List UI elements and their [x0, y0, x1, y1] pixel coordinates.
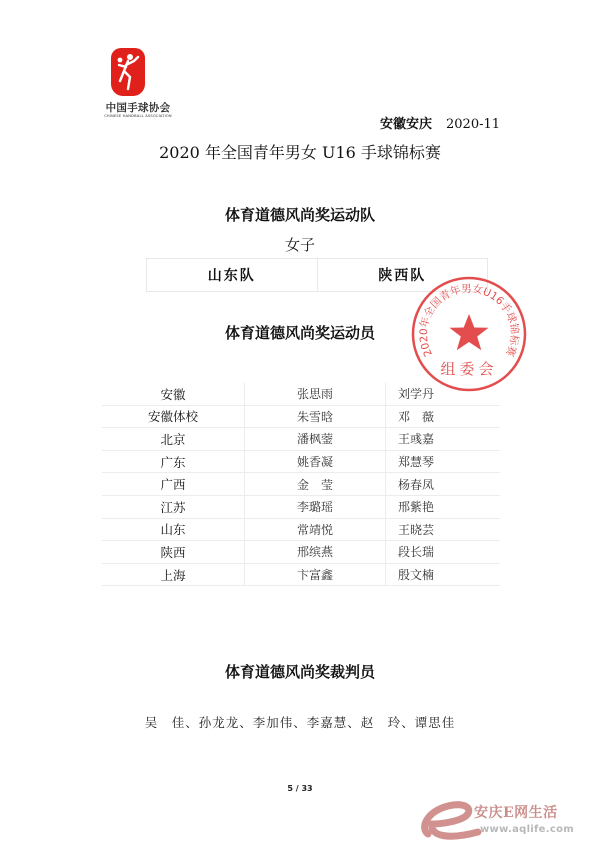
athlete-name-cell: 殷文楠: [386, 563, 501, 586]
team-cell: 上海: [102, 563, 245, 586]
event-location-date: 安徽安庆2020-11: [380, 113, 500, 132]
document-title: 2020 年全国青年男女 U16 手球锦标赛: [0, 140, 600, 163]
event-location: 安徽安庆: [380, 117, 432, 132]
team-cell: 山东: [102, 518, 245, 541]
team-cell: 北京: [102, 428, 245, 451]
team-cell: 江苏: [102, 495, 245, 518]
athlete-name-cell: 王彧嘉: [386, 428, 501, 451]
stamp-center-text: 组委会: [440, 360, 497, 378]
table-row: 安徽体校 朱雪晗 邓 薇: [102, 405, 500, 428]
logo-text-en: CHINESE HANDBALL ASSOCIATION: [86, 114, 190, 118]
team-cell: 安徽: [102, 383, 245, 405]
athlete-name-cell: 卞富鑫: [245, 563, 386, 586]
athlete-name-cell: 姚香凝: [245, 450, 386, 473]
handball-player-icon: [111, 48, 145, 96]
logo-text-cn: 中国手球协会: [86, 100, 190, 115]
page-number: 5 / 33: [0, 784, 600, 793]
table-row: 广西 金 莹 杨春凤: [102, 473, 500, 496]
team-award-heading: 体育道德风尚奖运动队: [0, 204, 600, 225]
table-row: 山东 常靖悦 王晓芸: [102, 518, 500, 541]
team-cell: 安徽体校: [102, 405, 245, 428]
athlete-name-cell: 邢紫艳: [386, 495, 501, 518]
athlete-award-table: 安徽 张思雨 刘学丹 安徽体校 朱雪晗 邓 薇 北京 潘枫蓥 王彧嘉 广东 姚香…: [102, 383, 500, 586]
table-row: 江苏 李璐瑶 邢紫艳: [102, 495, 500, 518]
star-icon: [450, 314, 489, 350]
athlete-name-cell: 张思雨: [245, 383, 386, 405]
athlete-name-cell: 邢缤燕: [245, 541, 386, 564]
athlete-name-cell: 李璐瑶: [245, 495, 386, 518]
event-date: 2020-11: [446, 117, 500, 132]
athlete-name-cell: 郑慧琴: [386, 450, 501, 473]
athlete-name-cell: 常靖悦: [245, 518, 386, 541]
watermark-site-name: 安庆E网生活: [474, 802, 558, 822]
team-cell: 陕西: [102, 541, 245, 564]
athlete-name-cell: 邓 薇: [386, 405, 501, 428]
team-award-category: 女子: [0, 234, 600, 255]
athlete-name-cell: 潘枫蓥: [245, 428, 386, 451]
referee-award-heading: 体育道德风尚奖裁判员: [0, 661, 600, 682]
team-cell: 广东: [102, 450, 245, 473]
athlete-name-cell: 王晓芸: [386, 518, 501, 541]
athlete-name-cell: 朱雪晗: [245, 405, 386, 428]
chinese-handball-association-logo: 中国手球协会 CHINESE HANDBALL ASSOCIATION: [86, 48, 190, 118]
organizing-committee-stamp: 2020年全国青年男女U16手球锦标赛 组委会: [409, 274, 529, 394]
table-row: 陕西 邢缤燕 段长瑞: [102, 541, 500, 564]
table-row: 上海 卞富鑫 殷文楠: [102, 563, 500, 586]
referee-names: 吴 佳、孙龙龙、李加伟、李嘉慧、赵 玲、谭思佳: [0, 713, 600, 731]
site-watermark: 安庆E网生活 www.aqlife.com: [418, 798, 600, 847]
table-row: 广东 姚香凝 郑慧琴: [102, 450, 500, 473]
team-cell: 广西: [102, 473, 245, 496]
watermark-url: www.aqlife.com: [480, 824, 574, 835]
athlete-name-cell: 杨春凤: [386, 473, 501, 496]
table-row: 北京 潘枫蓥 王彧嘉: [102, 428, 500, 451]
athlete-name-cell: 金 莹: [245, 473, 386, 496]
team-award-cell: 山东队: [147, 259, 317, 291]
athlete-name-cell: 段长瑞: [386, 541, 501, 564]
